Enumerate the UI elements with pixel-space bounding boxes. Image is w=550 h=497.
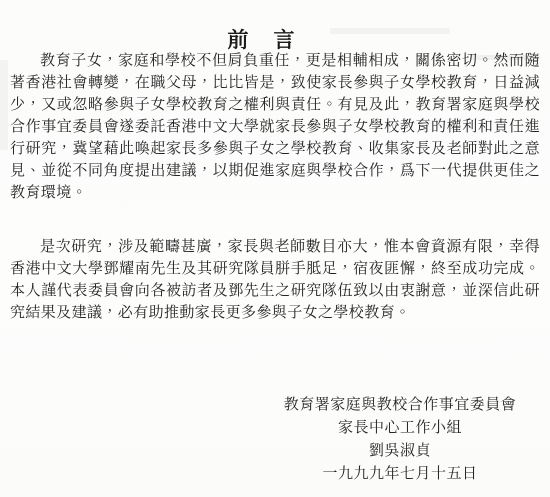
scan-artifact — [0, 60, 8, 150]
paragraph-2: 是次研究，涉及範疇甚廣，家長與老師數目亦大，惟本會資源有限，幸得香港中文大學鄧耀… — [10, 236, 540, 324]
preface-page: 前 言 教育子女，家庭和學校不但肩負重任，更是相輔相成，關係密切。然而隨著香港社… — [0, 0, 550, 497]
signature-block: 教育署家庭與教校合作事宜委員會 家長中心工作小組 劉吳淑貞 一九九九年七月十五日 — [250, 394, 550, 486]
signature-name: 劉吳淑貞 — [250, 440, 550, 463]
signature-group: 家長中心工作小組 — [250, 417, 550, 440]
signature-date: 一九九九年七月十五日 — [250, 463, 550, 486]
paragraph-1: 教育子女，家庭和學校不但肩負重任，更是相輔相成，關係密切。然而隨著香港社會轉變，… — [10, 50, 540, 204]
signature-organization: 教育署家庭與教校合作事宜委員會 — [250, 394, 550, 417]
